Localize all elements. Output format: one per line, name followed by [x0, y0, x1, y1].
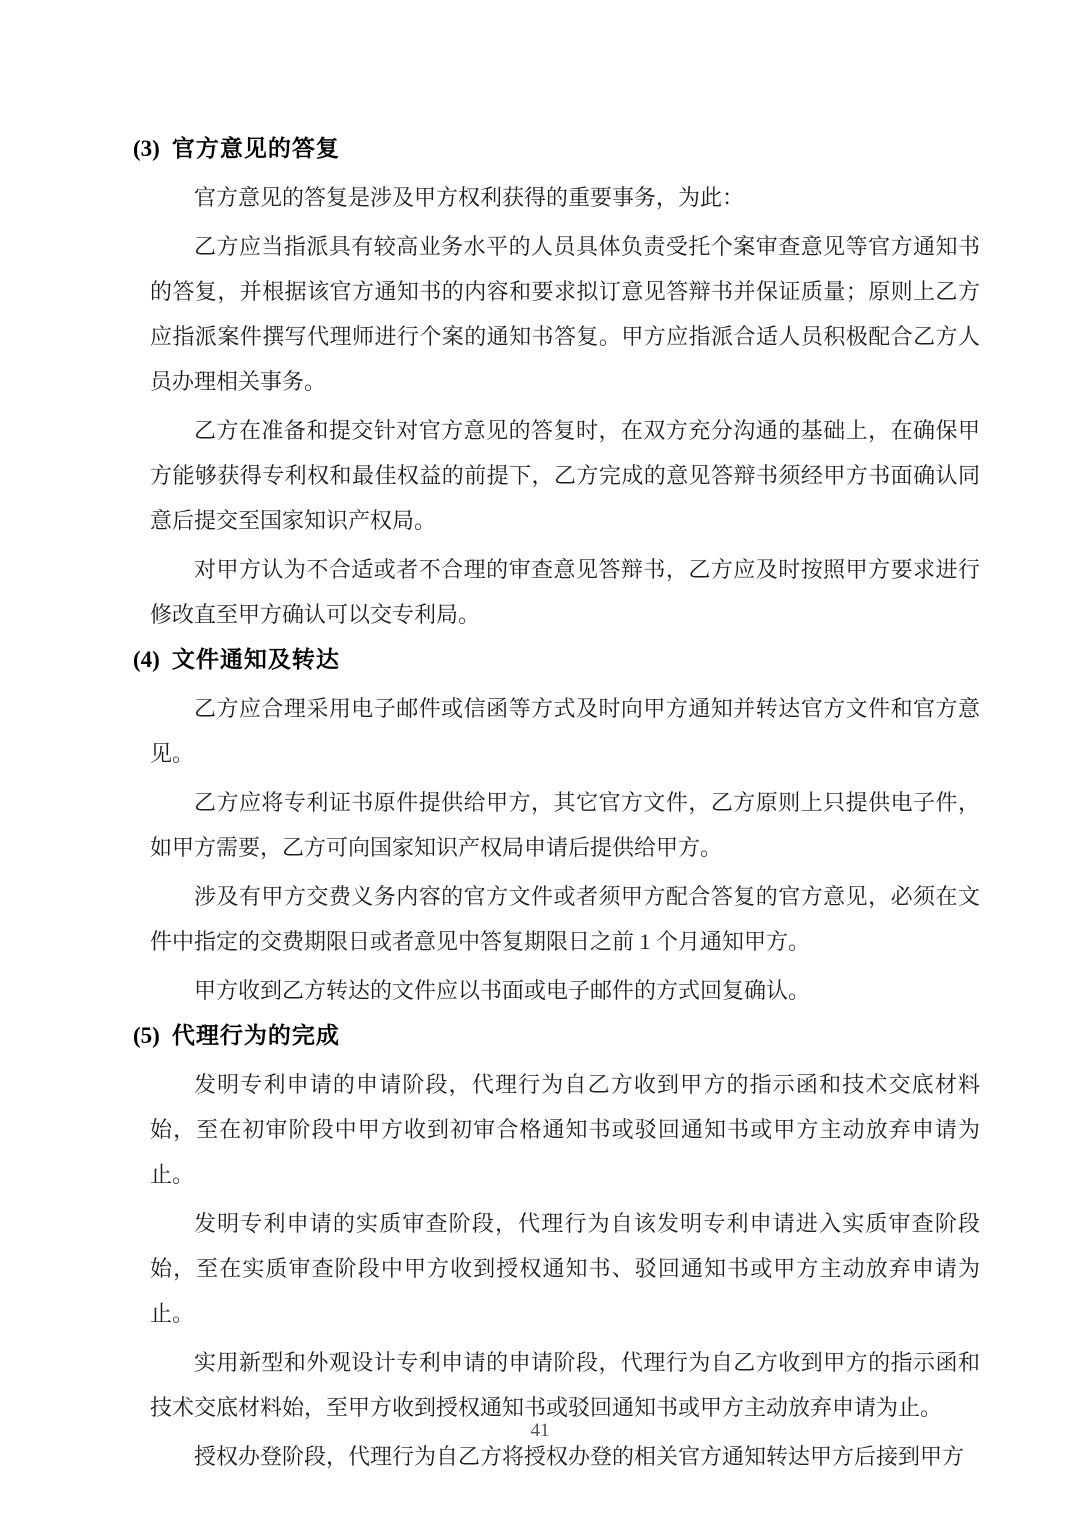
section-heading: (4)文件通知及转达: [133, 641, 980, 678]
paragraph: 官方意见的答复是涉及甲方权利获得的重要事务，为此：: [150, 175, 980, 220]
section-document-notification: (4)文件通知及转达 乙方应合理采用电子邮件或信函等方式及时向甲方通知并转达官方…: [150, 641, 980, 1013]
section-number: (3): [133, 131, 160, 167]
paragraph: 实用新型和外观设计专利申请的申请阶段，代理行为自乙方收到甲方的指示函和技术交底材…: [150, 1340, 980, 1430]
paragraph: 对甲方认为不合适或者不合理的审查意见答辩书，乙方应及时按照甲方要求进行修改直至甲…: [150, 547, 980, 637]
paragraph: 涉及有甲方交费义务内容的官方文件或者须甲方配合答复的官方意见，必须在文件中指定的…: [150, 874, 980, 964]
paragraph: 乙方应合理采用电子邮件或信函等方式及时向甲方通知并转达官方文件和官方意见。: [150, 686, 980, 776]
paragraph: 甲方收到乙方转达的文件应以书面或电子邮件的方式回复确认。: [150, 968, 980, 1013]
section-title: 代理行为的完成: [172, 1022, 340, 1048]
paragraph: 乙方应将专利证书原件提供给甲方，其它官方文件，乙方原则上只提供电子件，如甲方需要…: [150, 780, 980, 870]
page-number: 41: [0, 1420, 1080, 1442]
document-content: (3)官方意见的答复 官方意见的答复是涉及甲方权利获得的重要事务，为此： 乙方应…: [150, 126, 980, 1483]
section-heading: (3)官方意见的答复: [133, 130, 980, 167]
section-title: 文件通知及转达: [172, 646, 340, 672]
document-page: (3)官方意见的答复 官方意见的答复是涉及甲方权利获得的重要事务，为此： 乙方应…: [0, 0, 1080, 1527]
section-title: 官方意见的答复: [172, 135, 340, 161]
section-heading: (5)代理行为的完成: [133, 1017, 980, 1054]
section-number: (4): [133, 642, 160, 678]
section-agency-completion: (5)代理行为的完成 发明专利申请的申请阶段，代理行为自乙方收到甲方的指示函和技…: [150, 1017, 980, 1479]
paragraph: 乙方在准备和提交针对官方意见的答复时，在双方充分沟通的基础上，在确保甲方能够获得…: [150, 408, 980, 543]
paragraph: 发明专利申请的实质审查阶段，代理行为自该发明专利申请进入实质审查阶段始，至在实质…: [150, 1201, 980, 1336]
paragraph: 乙方应当指派具有较高业务水平的人员具体负责受托个案审查意见等官方通知书的答复，并…: [150, 224, 980, 404]
section-number: (5): [133, 1018, 160, 1054]
section-official-opinion-reply: (3)官方意见的答复 官方意见的答复是涉及甲方权利获得的重要事务，为此： 乙方应…: [150, 130, 980, 637]
paragraph: 发明专利申请的申请阶段，代理行为自乙方收到甲方的指示函和技术交底材料始，至在初审…: [150, 1062, 980, 1197]
